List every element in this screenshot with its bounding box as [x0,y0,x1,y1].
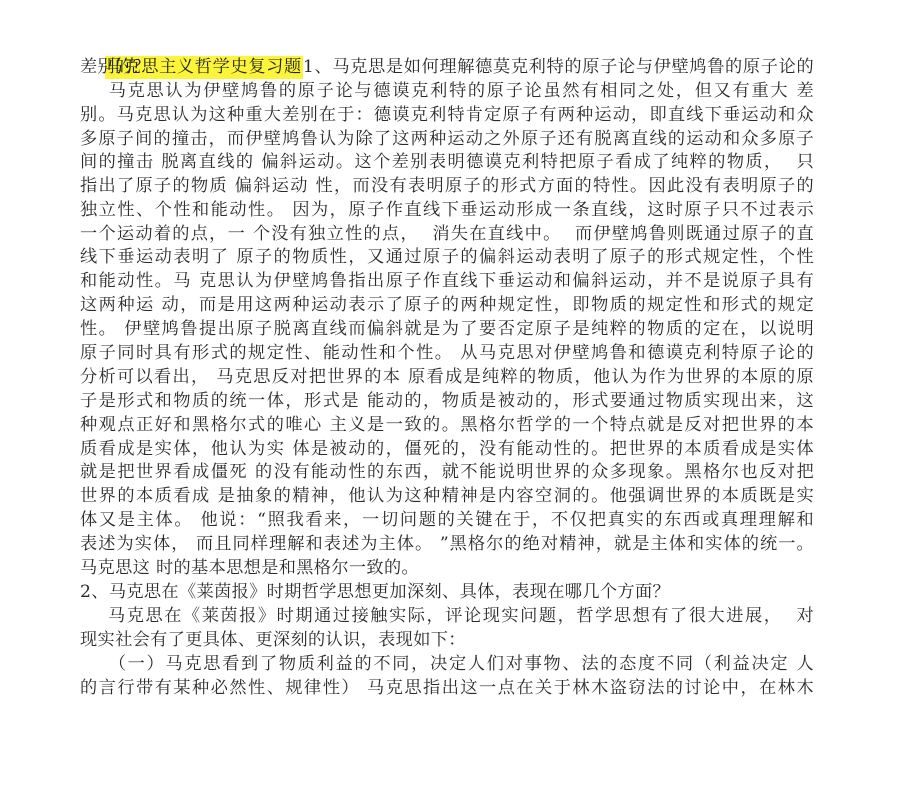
text-line-13: 性。 伊壁鸠鲁提出原子脱离直线而偏斜就是为了要否定原子是纯粹的物质的定在，以说明 [80,317,814,341]
text-line-2: 差别的？ [80,55,814,79]
text-line-15: 分析可以看出， 马克思反对把世界的本 原看成是纯粹的物质，他认为作为世界的本原的… [80,365,814,389]
text-line-9: 一个运动着的点，一 个没有独立性的点， 消失在直线中。 而伊壁鸠鲁则既通过原子的… [80,222,814,246]
document-page: 马克思主义哲学史复习题1、马克思是如何理解德莫克利特的原子论与伊壁鸠鲁的原子论的… [0,0,901,807]
text-line-3: 马克思认为伊壁鸠鲁的原子论与德谟克利特的原子论虽然有相同之处，但又有重大 差 [80,79,814,103]
text-line-28: 的言行带有某种必然性、规律性） 马克思指出这一点在关于林木盗窃法的讨论中，在林木 [80,676,814,700]
text-line-12: 这两种运 动，而是用这两种运动表示了原子的两种规定性，即物质的规定性和形式的规定 [80,293,814,317]
text-line-8: 独立性、个性和能动性。 因为，原子作直线下垂运动形成一条直线，这时原子只不过表示 [80,198,814,222]
text-line-1: 马克思主义哲学史复习题1、马克思是如何理解德莫克利特的原子论与伊壁鸠鲁的原子论的 [80,31,814,55]
text-line-10: 线下垂运动表明了 原子的物质性，又通过原子的偏斜运动表明了原子的形式规定性，个性 [80,245,814,269]
text-line-20: 世界的本质看成 是抽象的精神，他认为这种精神是内容空洞的。他强调世界的本质既是实 [80,484,814,508]
question-2-heading: 2、马克思在《莱茵报》时期哲学思想更加深刻、具体，表现在哪几个方面？ [80,580,814,604]
text-line-27: （一）马克思看到了物质利益的不同，决定人们对事物、法的态度不同（利益决定 人 [80,652,814,676]
text-line-17: 种观点正好和黑格尔式的唯心 主义是一致的。黑格尔哲学的一个特点就是反对把世界的本 [80,413,814,437]
text-line-22: 表述为实体， 而且同样理解和表述为主体。 ”黑格尔的绝对精神，就是主体和实体的统… [80,532,814,556]
text-line-7: 指出了原子的物质 偏斜运动 性，而没有表明原子的形式方面的特性。因此没有表明原子… [80,174,814,198]
text-line-16: 子是形式和物质的统一体，形式是 能动的，物质是被动的，形式要通过物质实现出来，这 [80,389,814,413]
text-line-4: 别。马克思认为这种重大差别在于：德谟克利特肯定原子有两种运动，即直线下垂运动和众 [80,103,814,127]
text-line-25: 马克思在《莱茵报》时期通过接触实际，评论现实问题，哲学思想有了很大进展， 对 [80,604,814,628]
text-line-19: 就是把世界看成僵死 的没有能动性的东西，就不能说明世界的众多现象。黑格尔也反对把 [80,460,814,484]
text-line-18: 质看成是实体，他认为实 体是被动的，僵死的，没有能动性的。把世界的本质看成是实体 [80,437,814,461]
text-line-6: 间的撞击 脱离直线的 偏斜运动。这个差别表明德谟克利特把原子看成了纯粹的物质， … [80,150,814,174]
text-line-11: 和能动性。马 克思认为伊壁鸠鲁指出原子作直线下垂运动和偏斜运动，并不是说原子具有 [80,269,814,293]
text-line-14: 原子同时具有形式的规定性、能动性和个性。 从马克思对伊壁鸠鲁和德谟克利特原子论的 [80,341,814,365]
text-line-26: 现实社会有了更具体、更深刻的认识，表现如下： [80,628,814,652]
text-line-23: 马克思这 时的基本思想是和黑格尔一致的。 [80,556,814,580]
text-line-21: 体又是主体。 他说：“照我看来，一切问题的关键在于，不仅把真实的东西或真理理解和 [80,508,814,532]
text-line-5: 多原子间的撞击，而伊壁鸠鲁认为除了这两种运动之外原子还有脱离直线的运动和众多原子 [80,127,814,151]
